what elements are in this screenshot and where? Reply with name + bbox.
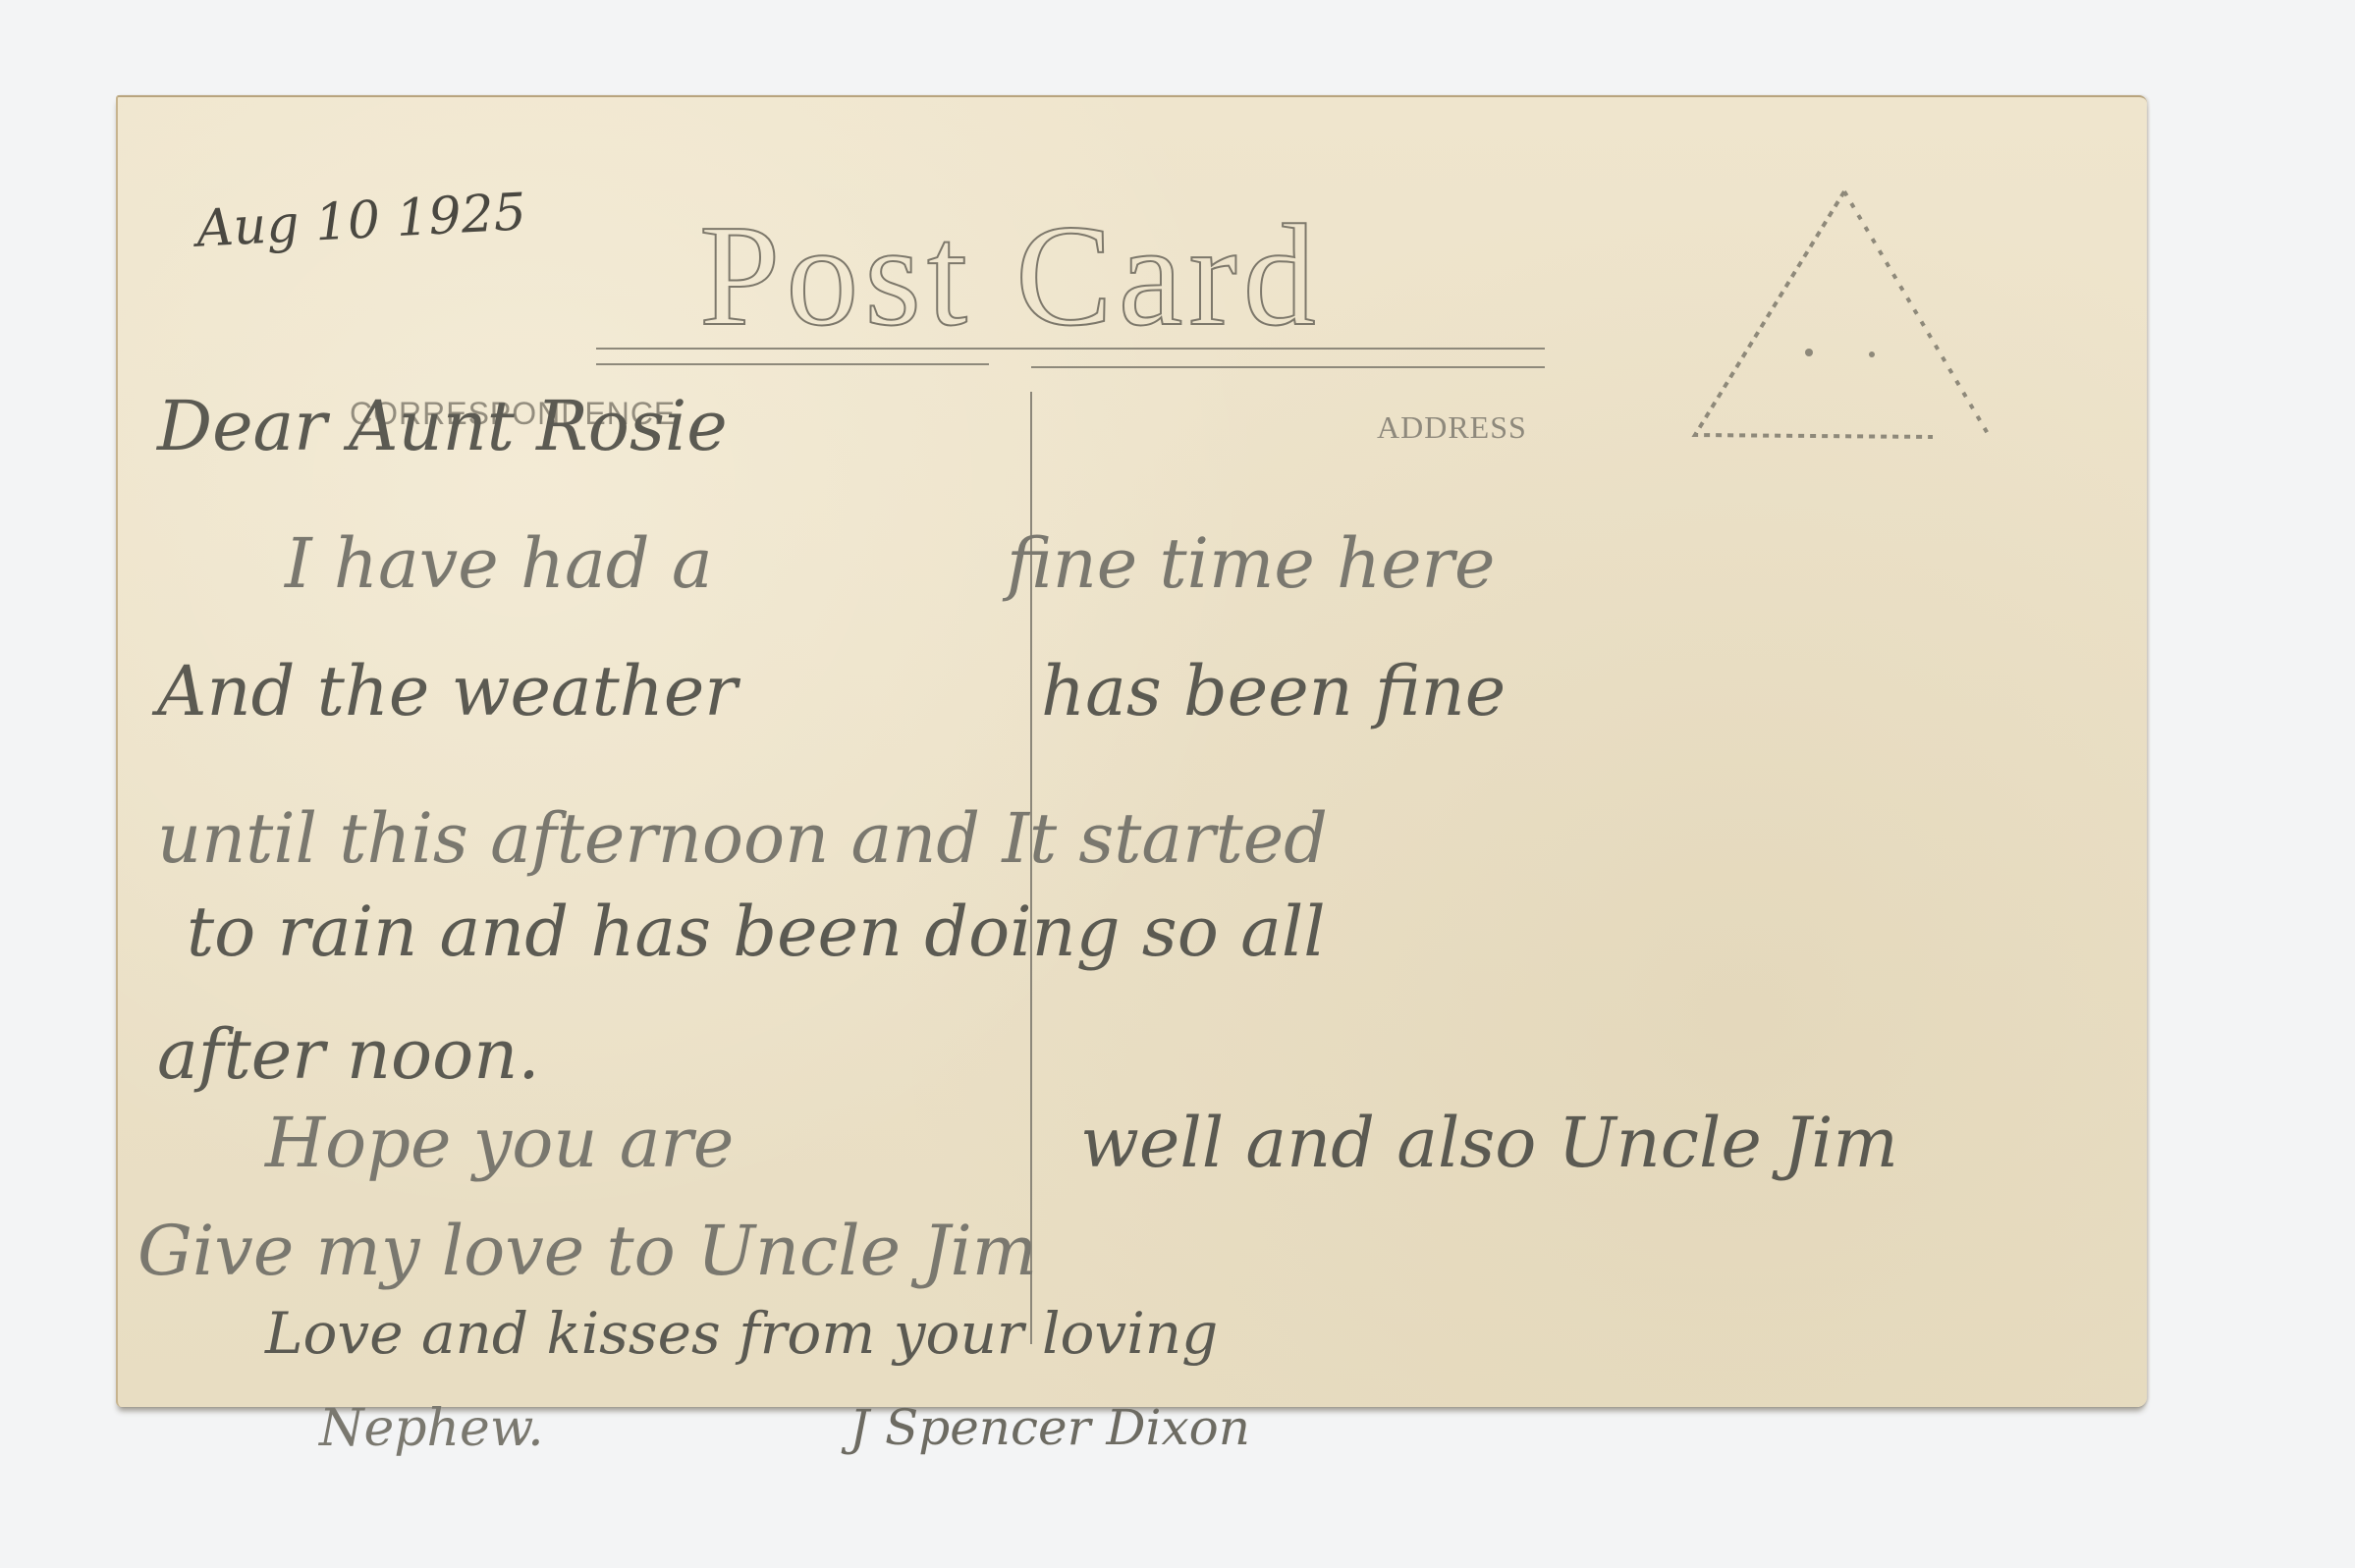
- message-line: Hope you are: [265, 1108, 734, 1177]
- postcard-title: Post Card: [699, 203, 1322, 349]
- signature: J Spencer Dixon: [849, 1403, 1250, 1452]
- salutation: Dear Aunt Rosie: [157, 392, 728, 460]
- header-rule-top: [596, 348, 1545, 350]
- message-line: Nephew.: [319, 1403, 544, 1454]
- message-line: until this afternoon and It started: [157, 804, 1328, 873]
- message-line: to rain and has been doing so all: [187, 897, 1326, 966]
- address-label: ADDRESS: [1377, 409, 1527, 446]
- message-line: And the weather: [157, 657, 738, 726]
- message-line: Love and kisses from your loving: [265, 1305, 1218, 1362]
- header-rule-bottom-left: [596, 363, 989, 365]
- message-line: well and also Uncle Jim: [1080, 1108, 1898, 1177]
- header-rule-bottom-right: [1031, 366, 1545, 368]
- message-line: has been fine: [1041, 657, 1506, 726]
- handwritten-date: Aug 10 1925: [195, 187, 527, 255]
- message-line: I have had a: [285, 529, 713, 598]
- message-line: after noon.: [157, 1020, 540, 1089]
- postcard: Post Card CORRESPONDENCE ADDRESS Aug 10 …: [116, 95, 2147, 1407]
- message-line: fine time here: [1007, 529, 1495, 598]
- message-line: Give my love to Uncle Jim: [137, 1217, 1037, 1285]
- triangle-stamp-outline-icon: [1687, 178, 2001, 445]
